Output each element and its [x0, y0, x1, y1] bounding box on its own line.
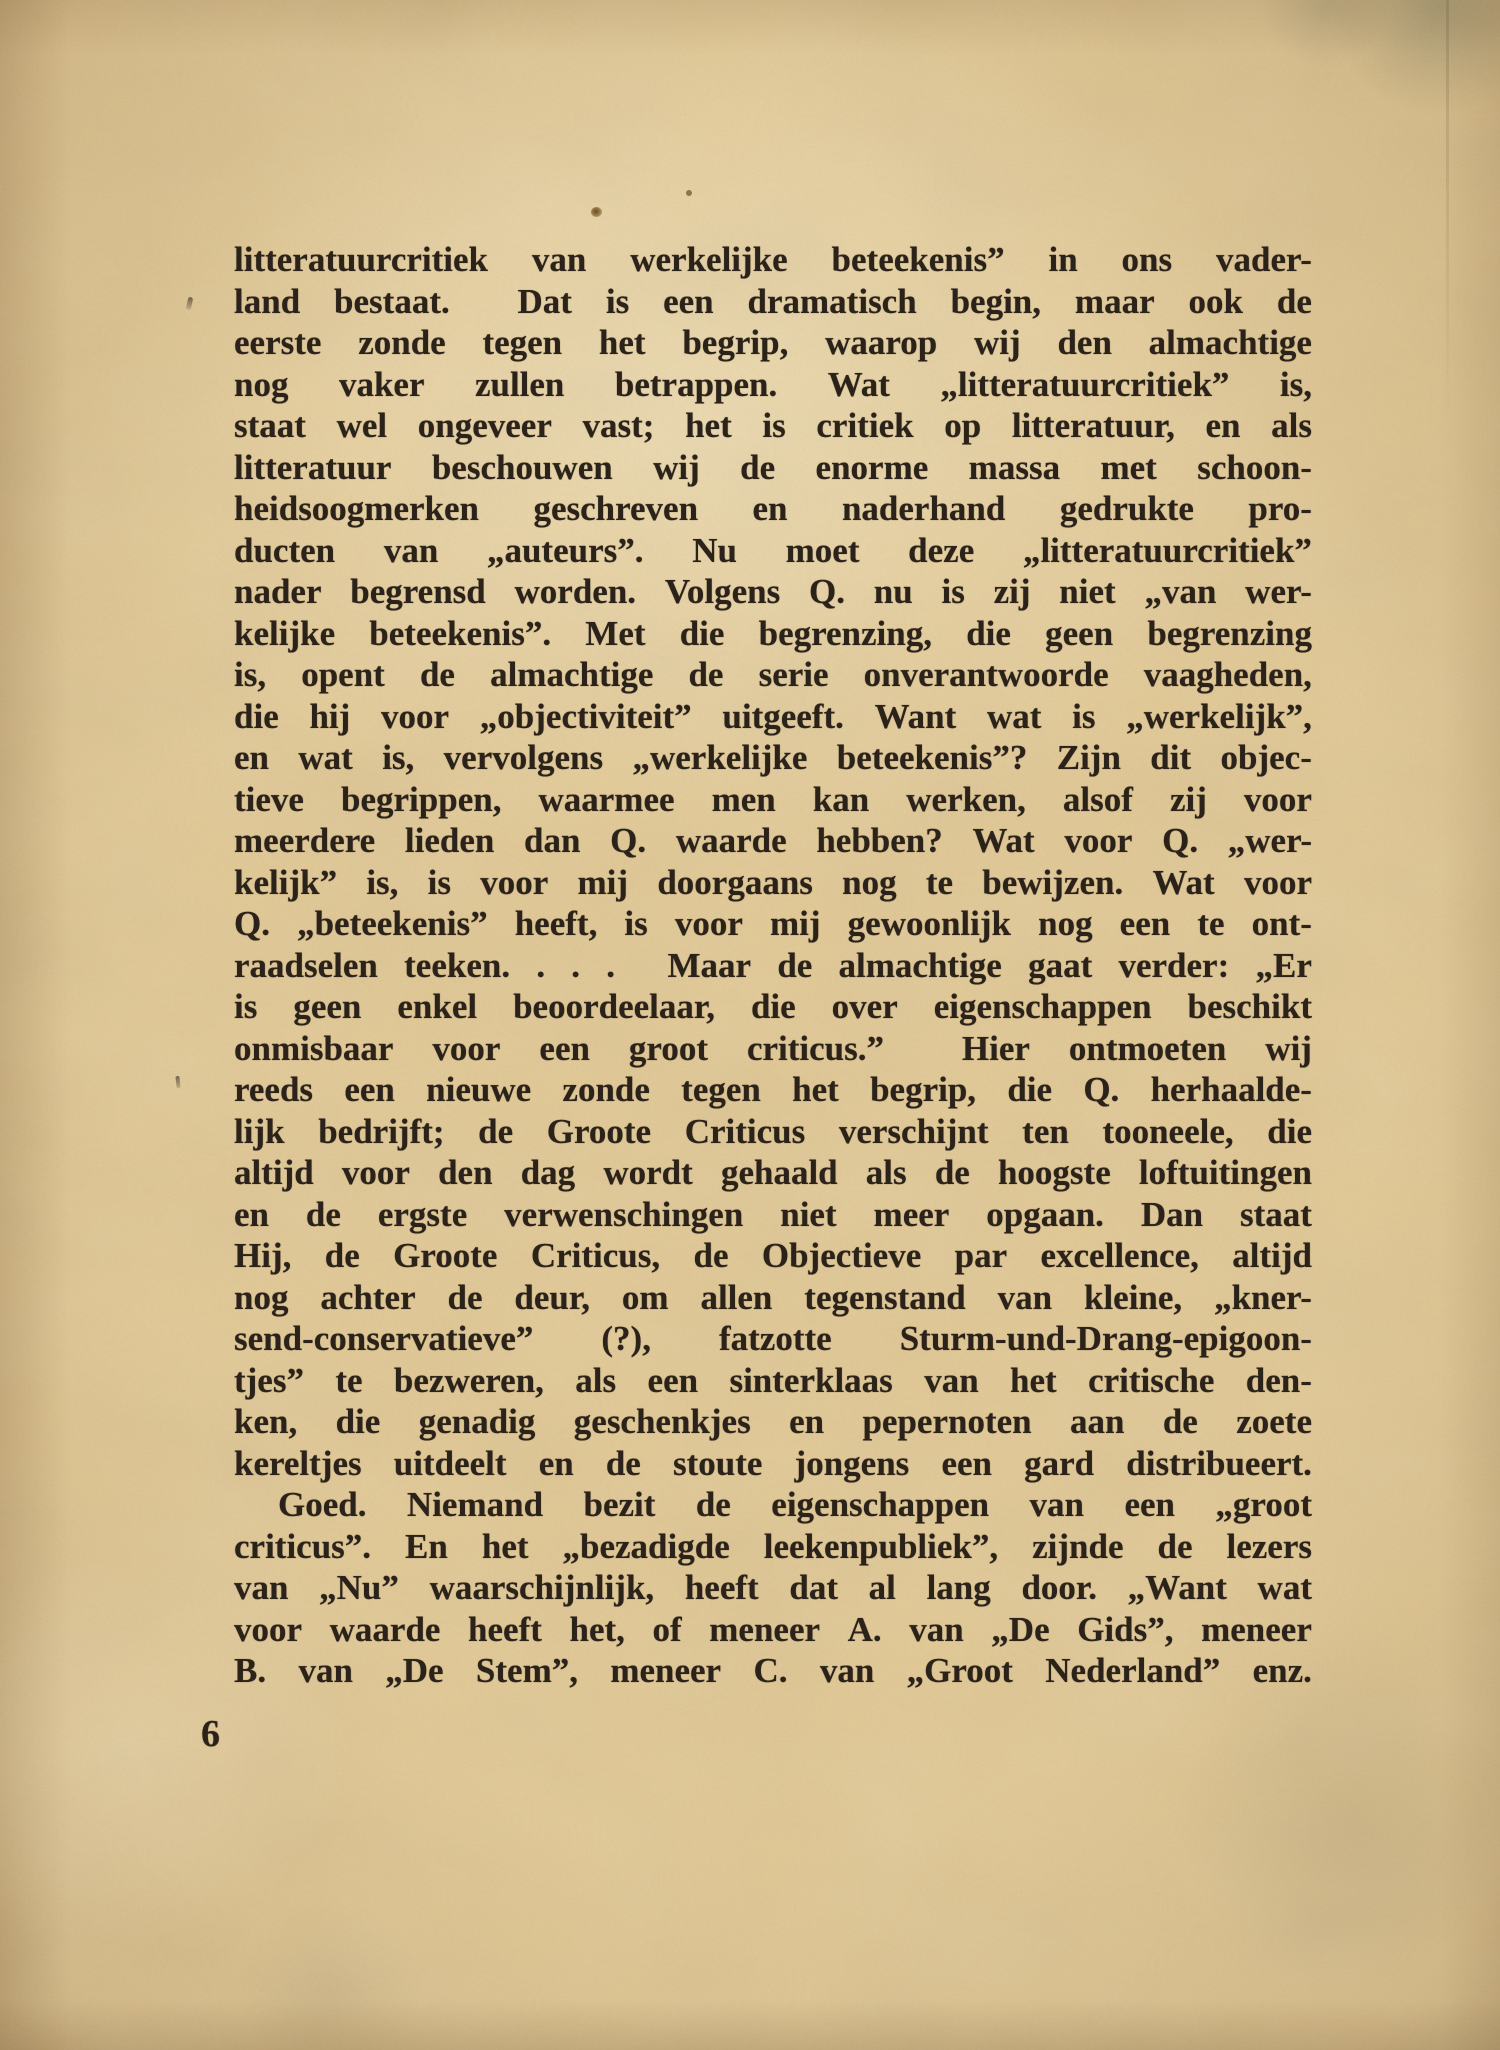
- page-number: 6: [201, 1712, 220, 1756]
- book-page: litteratuurcritiekvanwerkelijkebeteekeni…: [0, 0, 1500, 2050]
- text-line: Hij,deGrooteCriticus,deObjectieveparexce…: [234, 1235, 1312, 1277]
- text-line: altijdvoordendagwordtgehaaldalsdehoogste…: [234, 1152, 1312, 1194]
- text-line: ductenvan„auteurs”.Numoetdeze„litteratuu…: [234, 530, 1312, 572]
- text-line: enwatis,vervolgens„werkelijkebeteekenis”…: [234, 737, 1312, 779]
- text-line: landbestaat.Datiseendramatischbegin,maar…: [234, 281, 1312, 323]
- text-line: meerdereliedendanQ.waardehebben?WatvoorQ…: [234, 820, 1312, 862]
- text-line: send-conservatieve”(?),fatzotteSturm-und…: [234, 1318, 1312, 1360]
- text-line: litteratuurbeschouwenwijdeenormemassamet…: [234, 447, 1312, 489]
- text-line: endeergsteverwenschingennietmeeropgaan.D…: [234, 1194, 1312, 1236]
- text-line: ken,diegenadiggeschenkjesenpepernotenaan…: [234, 1401, 1312, 1443]
- text-line: kelijk”is,isvoormijdoorgaansnogtebewijze…: [234, 862, 1312, 904]
- stray-mark: [175, 1076, 180, 1088]
- text-line: kereltjesuitdeeltendestoutejongenseengar…: [234, 1443, 1312, 1485]
- text-line: kelijkebeteekenis”.Metdiebegrenzing,dieg…: [234, 613, 1312, 655]
- text-line: Goed.Niemandbezitdeeigenschappenvaneen„g…: [234, 1484, 1312, 1526]
- text-line: is,opentdealmachtigedeserieonverantwoord…: [234, 654, 1312, 696]
- text-line: diehijvoor„objectiviteit”uitgeeft.Wantwa…: [234, 696, 1312, 738]
- text-line: isgeenenkelbeoordeelaar,dieovereigenscha…: [234, 986, 1312, 1028]
- text-line: staatwelongeveervast;hetiscritiekoplitte…: [234, 405, 1312, 447]
- text-line: nogvakerzullenbetrappen.Wat„litteratuurc…: [234, 364, 1312, 406]
- text-line: litteratuurcritiekvanwerkelijkebeteekeni…: [234, 239, 1312, 281]
- text-line: criticus”.Enhet„bezadigdeleekenpubliek”,…: [234, 1526, 1312, 1568]
- paper-crease: [1446, 0, 1449, 420]
- text-line: voorwaardeheefthet,ofmeneerA.van„DeGids”…: [234, 1609, 1312, 1651]
- stray-mark: [186, 297, 194, 311]
- text-line: tievebegrippen,waarmeemenkanwerken,alsof…: [234, 779, 1312, 821]
- text-line: onmisbaarvooreengrootcriticus.”Hierontmo…: [234, 1028, 1312, 1070]
- ink-speck: [591, 207, 602, 217]
- text-line: reedseennieuwezondetegenhetbegrip,dieQ.h…: [234, 1069, 1312, 1111]
- text-line: raadselenteeken....Maardealmachtigegaatv…: [234, 945, 1312, 987]
- text-line: nogachterdedeur,omallentegenstandvanklei…: [234, 1277, 1312, 1319]
- text-line: van„Nu”waarschijnlijk,heeftdatallangdoor…: [234, 1567, 1312, 1609]
- text-line: naderbegrensdworden.VolgensQ.nuiszijniet…: [234, 571, 1312, 613]
- text-line: Q.„beteekenis”heeft,isvoormijgewoonlijkn…: [234, 903, 1312, 945]
- body-text: litteratuurcritiekvanwerkelijkebeteekeni…: [234, 239, 1312, 1692]
- text-line: eerstezondetegenhetbegrip,waaropwijdenal…: [234, 322, 1312, 364]
- text-line: tjes”tebezweren,alseensinterklaasvanhetc…: [234, 1360, 1312, 1402]
- text-line: B.van„DeStem”,meneerC.van„GrootNederland…: [234, 1650, 1312, 1692]
- text-line: lijkbedrijft;deGrooteCriticusverschijntt…: [234, 1111, 1312, 1153]
- text-line: heidsoogmerkengeschrevenennaderhandgedru…: [234, 488, 1312, 530]
- ink-speck: [686, 190, 692, 196]
